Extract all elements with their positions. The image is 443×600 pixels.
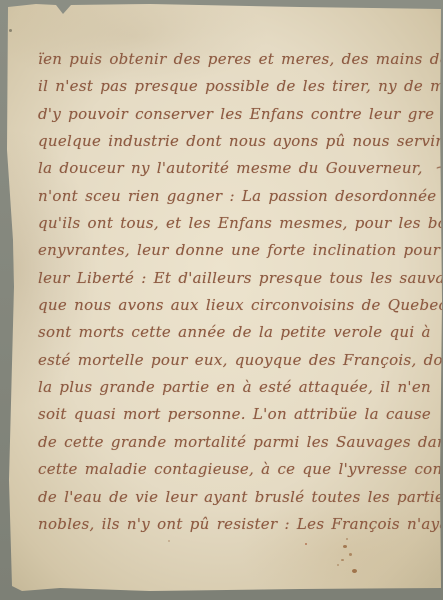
manuscript-line-text: leur Liberté : Et d'ailleurs presque tou… bbox=[38, 269, 443, 287]
ink-spot bbox=[349, 553, 352, 556]
manuscript-line: quelque industrie dont nous ayons pû nou… bbox=[38, 128, 436, 155]
manuscript-line-text: il n'est pas presque possible de les tir… bbox=[38, 77, 443, 95]
manuscript-line: il n'est pas presque possible de les tir… bbox=[38, 73, 436, 100]
line-filler-flourish: ~ bbox=[433, 154, 443, 181]
manuscript-line: la plus grande partie en à esté attaquée… bbox=[38, 374, 436, 401]
manuscript-line: leur Liberté : Et d'ailleurs presque tou… bbox=[38, 265, 436, 292]
ink-spot bbox=[337, 564, 339, 566]
manuscript-line: cette maladie contagieuse, à ce que l'yv… bbox=[38, 456, 436, 483]
manuscript-line-text: qu'ils ont tous, et les Enfans mesmes, p… bbox=[38, 214, 443, 232]
manuscript-line: d'y pouvoir conserver les Enfans contre … bbox=[38, 101, 436, 128]
manuscript-scan: { "colors":{ "background":"#85887e", "pa… bbox=[0, 0, 443, 600]
manuscript-line-text: enyvrantes, leur donne une forte inclina… bbox=[38, 241, 440, 259]
manuscript-line: que nous avons aux lieux circonvoisins d… bbox=[38, 292, 436, 319]
manuscript-line-text: la douceur ny l'autorité mesme du Gouver… bbox=[38, 159, 423, 177]
ink-spot bbox=[352, 569, 357, 573]
manuscript-line: soit quasi mort personne. L'on attribüe … bbox=[38, 401, 436, 428]
ink-spot bbox=[341, 559, 344, 561]
ink-spot bbox=[168, 540, 170, 542]
manuscript-line-text: esté mortelle pour eux, quoyque des Fran… bbox=[38, 351, 443, 369]
paper-sheet: ïen puis obtenir des peres et meres, des… bbox=[0, 0, 443, 600]
manuscript-line-text: n'ont sceu rien gagner : La passion deso… bbox=[38, 187, 436, 205]
manuscript-line-text: de cette grande mortalité parmi les Sauv… bbox=[38, 433, 443, 451]
manuscript-line: de l'eau de vie leur ayant bruslé toutes… bbox=[38, 484, 436, 511]
manuscript-line-text: d'y pouvoir conserver les Enfans contre … bbox=[38, 105, 434, 123]
manuscript-line: la douceur ny l'autorité mesme du Gouver… bbox=[38, 155, 436, 182]
manuscript-line: nobles, ils n'y ont pû resister : Les Fr… bbox=[38, 511, 436, 538]
manuscript-line-text: soit quasi mort personne. L'on attribüe … bbox=[38, 405, 431, 423]
manuscript-line-text: ïen puis obtenir des peres et meres, des… bbox=[38, 50, 443, 68]
manuscript-line: qu'ils ont tous, et les Enfans mesmes, p… bbox=[38, 210, 436, 237]
manuscript-line-text: de l'eau de vie leur ayant bruslé toutes… bbox=[38, 488, 443, 506]
manuscript-line: n'ont sceu rien gagner : La passion deso… bbox=[38, 183, 436, 210]
ink-spot bbox=[305, 543, 307, 545]
manuscript-line-text: nobles, ils n'y ont pû resister : Les Fr… bbox=[38, 515, 443, 533]
manuscript-line-text: cette maladie contagieuse, à ce que l'yv… bbox=[38, 460, 443, 478]
manuscript-text: ïen puis obtenir des peres et meres, des… bbox=[38, 46, 436, 538]
manuscript-line: ïen puis obtenir des peres et meres, des… bbox=[38, 46, 436, 73]
ink-spot bbox=[346, 538, 348, 540]
manuscript-line-text: sont morts cette année de la petite vero… bbox=[38, 323, 431, 341]
ink-spot bbox=[343, 545, 347, 548]
manuscript-line-text: la plus grande partie en à esté attaquée… bbox=[38, 378, 431, 396]
manuscript-line: esté mortelle pour eux, quoyque des Fran… bbox=[38, 347, 436, 374]
manuscript-line: de cette grande mortalité parmi les Sauv… bbox=[38, 429, 436, 456]
manuscript-line: enyvrantes, leur donne une forte inclina… bbox=[38, 237, 436, 264]
manuscript-line-text: quelque industrie dont nous ayons pû nou… bbox=[38, 132, 443, 150]
manuscript-line: sont morts cette année de la petite vero… bbox=[38, 319, 436, 346]
manuscript-line-text: que nous avons aux lieux circonvoisins d… bbox=[38, 296, 443, 314]
ink-spot bbox=[9, 29, 12, 32]
